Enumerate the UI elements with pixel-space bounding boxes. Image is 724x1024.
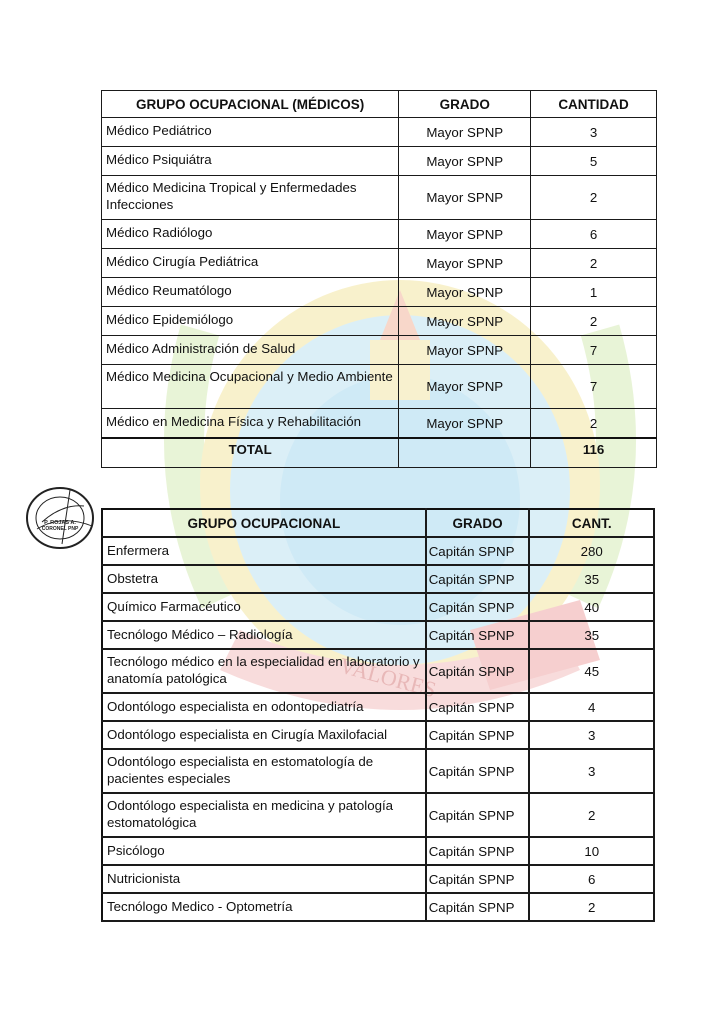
table-row: Tecnólogo Medico - OptometríaCapitán SPN… [102, 893, 654, 921]
cell-grade: Mayor SPNP [399, 307, 531, 336]
cell-group: Médico Medicina Ocupacional y Medio Ambi… [102, 365, 399, 409]
cell-grade: Mayor SPNP [399, 249, 531, 278]
cell-grade: Capitán SPNP [426, 621, 530, 649]
total-row: TOTAL116 [102, 438, 657, 468]
table-row: Médico Administración de SaludMayor SPNP… [102, 336, 657, 365]
header-quantity: CANT. [529, 509, 654, 537]
profesionales-table: GRUPO OCUPACIONAL GRADO CANT. EnfermeraC… [101, 508, 655, 922]
total-label: TOTAL [102, 438, 399, 468]
cell-group: Médico Reumatólogo [102, 278, 399, 307]
cell-group: Psicólogo [102, 837, 426, 865]
cell-quantity: 1 [531, 278, 657, 307]
table-row: Odontólogo especialista en odontopediatr… [102, 693, 654, 721]
cell-quantity: 3 [529, 721, 654, 749]
cell-group: Tecnólogo médico en la especialidad en l… [102, 649, 426, 693]
cell-group: Odontólogo especialista en estomatología… [102, 749, 426, 793]
cell-grade: Capitán SPNP [426, 693, 530, 721]
cell-quantity: 2 [531, 307, 657, 336]
table-header-row: GRUPO OCUPACIONAL (MÉDICOS) GRADO CANTID… [102, 91, 657, 118]
cell-grade: Mayor SPNP [399, 220, 531, 249]
cell-grade: Mayor SPNP [399, 409, 531, 439]
table-row: Tecnólogo Médico – RadiologíaCapitán SPN… [102, 621, 654, 649]
svg-text:CORONEL PNP: CORONEL PNP [42, 526, 79, 532]
cell-quantity: 40 [529, 593, 654, 621]
cell-quantity: 5 [531, 147, 657, 176]
table-row: Médico ReumatólogoMayor SPNP1 [102, 278, 657, 307]
cell-grade: Mayor SPNP [399, 336, 531, 365]
cell-grade: Capitán SPNP [426, 721, 530, 749]
header-grade: GRADO [399, 91, 531, 118]
header-grade: GRADO [426, 509, 530, 537]
cell-group: Nutricionista [102, 865, 426, 893]
cell-quantity: 3 [531, 118, 657, 147]
header-group: GRUPO OCUPACIONAL [102, 509, 426, 537]
cell-grade: Capitán SPNP [426, 893, 530, 921]
cell-group: Médico Pediátrico [102, 118, 399, 147]
cell-group: Médico Medicina Tropical y Enfermedades … [102, 176, 399, 220]
cell-quantity: 6 [529, 865, 654, 893]
cell-quantity: 35 [529, 621, 654, 649]
cell-grade: Capitán SPNP [426, 865, 530, 893]
official-seal-stamp: P. ROJAS A. CORONEL PNP [22, 484, 102, 552]
table-row: Médico RadiólogoMayor SPNP6 [102, 220, 657, 249]
table-row: Médico PsiquiátraMayor SPNP5 [102, 147, 657, 176]
cell-grade: Capitán SPNP [426, 749, 530, 793]
cell-quantity: 280 [529, 537, 654, 565]
cell-group: Médico Administración de Salud [102, 336, 399, 365]
header-group: GRUPO OCUPACIONAL (MÉDICOS) [102, 91, 399, 118]
cell-group: Médico Psiquiátra [102, 147, 399, 176]
cell-quantity: 2 [529, 793, 654, 837]
cell-grade: Mayor SPNP [399, 118, 531, 147]
cell-group: Médico en Medicina Física y Rehabilitaci… [102, 409, 399, 439]
cell-quantity: 2 [531, 176, 657, 220]
cell-grade: Capitán SPNP [426, 793, 530, 837]
cell-group: Tecnólogo Medico - Optometría [102, 893, 426, 921]
cell-grade: Capitán SPNP [426, 649, 530, 693]
table-row: Médico PediátricoMayor SPNP3 [102, 118, 657, 147]
table-header-row: GRUPO OCUPACIONAL GRADO CANT. [102, 509, 654, 537]
cell-group: Médico Radiólogo [102, 220, 399, 249]
table-row: EnfermeraCapitán SPNP280 [102, 537, 654, 565]
cell-group: Médico Epidemiólogo [102, 307, 399, 336]
table-row: Médico Medicina Ocupacional y Medio Ambi… [102, 365, 657, 409]
table-row: Odontólogo especialista en medicina y pa… [102, 793, 654, 837]
table-row: Odontólogo especialista en Cirugía Maxil… [102, 721, 654, 749]
cell-group: Odontólogo especialista en medicina y pa… [102, 793, 426, 837]
cell-group: Enfermera [102, 537, 426, 565]
cell-group: Odontólogo especialista en odontopediatr… [102, 693, 426, 721]
table-row: Médico Cirugía PediátricaMayor SPNP2 [102, 249, 657, 278]
cell-grade: Capitán SPNP [426, 593, 530, 621]
table-row: Odontólogo especialista en estomatología… [102, 749, 654, 793]
cell-grade: Mayor SPNP [399, 365, 531, 409]
table-row: NutricionistaCapitán SPNP6 [102, 865, 654, 893]
table-row: Médico EpidemiólogoMayor SPNP2 [102, 307, 657, 336]
cell-grade: Mayor SPNP [399, 176, 531, 220]
table-row: Médico Medicina Tropical y Enfermedades … [102, 176, 657, 220]
cell-group: Tecnólogo Médico – Radiología [102, 621, 426, 649]
header-quantity: CANTIDAD [531, 91, 657, 118]
cell-quantity: 6 [531, 220, 657, 249]
cell-quantity: 2 [531, 249, 657, 278]
table-row: PsicólogoCapitán SPNP10 [102, 837, 654, 865]
total-grade [399, 438, 531, 468]
cell-quantity: 7 [531, 336, 657, 365]
cell-grade: Capitán SPNP [426, 565, 530, 593]
cell-quantity: 4 [529, 693, 654, 721]
cell-quantity: 2 [529, 893, 654, 921]
cell-grade: Mayor SPNP [399, 278, 531, 307]
cell-group: Odontólogo especialista en Cirugía Maxil… [102, 721, 426, 749]
cell-quantity: 35 [529, 565, 654, 593]
cell-quantity: 3 [529, 749, 654, 793]
cell-grade: Mayor SPNP [399, 147, 531, 176]
table-row: Químico FarmacéuticoCapitán SPNP40 [102, 593, 654, 621]
cell-quantity: 2 [531, 409, 657, 439]
cell-quantity: 10 [529, 837, 654, 865]
table-row: ObstetraCapitán SPNP35 [102, 565, 654, 593]
cell-group: Obstetra [102, 565, 426, 593]
cell-grade: Capitán SPNP [426, 837, 530, 865]
cell-group: Químico Farmacéutico [102, 593, 426, 621]
cell-quantity: 7 [531, 365, 657, 409]
table-row: Tecnólogo médico en la especialidad en l… [102, 649, 654, 693]
cell-group: Médico Cirugía Pediátrica [102, 249, 399, 278]
cell-grade: Capitán SPNP [426, 537, 530, 565]
total-quantity: 116 [531, 438, 657, 468]
table-row: Médico en Medicina Física y Rehabilitaci… [102, 409, 657, 439]
medicos-table: GRUPO OCUPACIONAL (MÉDICOS) GRADO CANTID… [101, 90, 657, 468]
cell-quantity: 45 [529, 649, 654, 693]
